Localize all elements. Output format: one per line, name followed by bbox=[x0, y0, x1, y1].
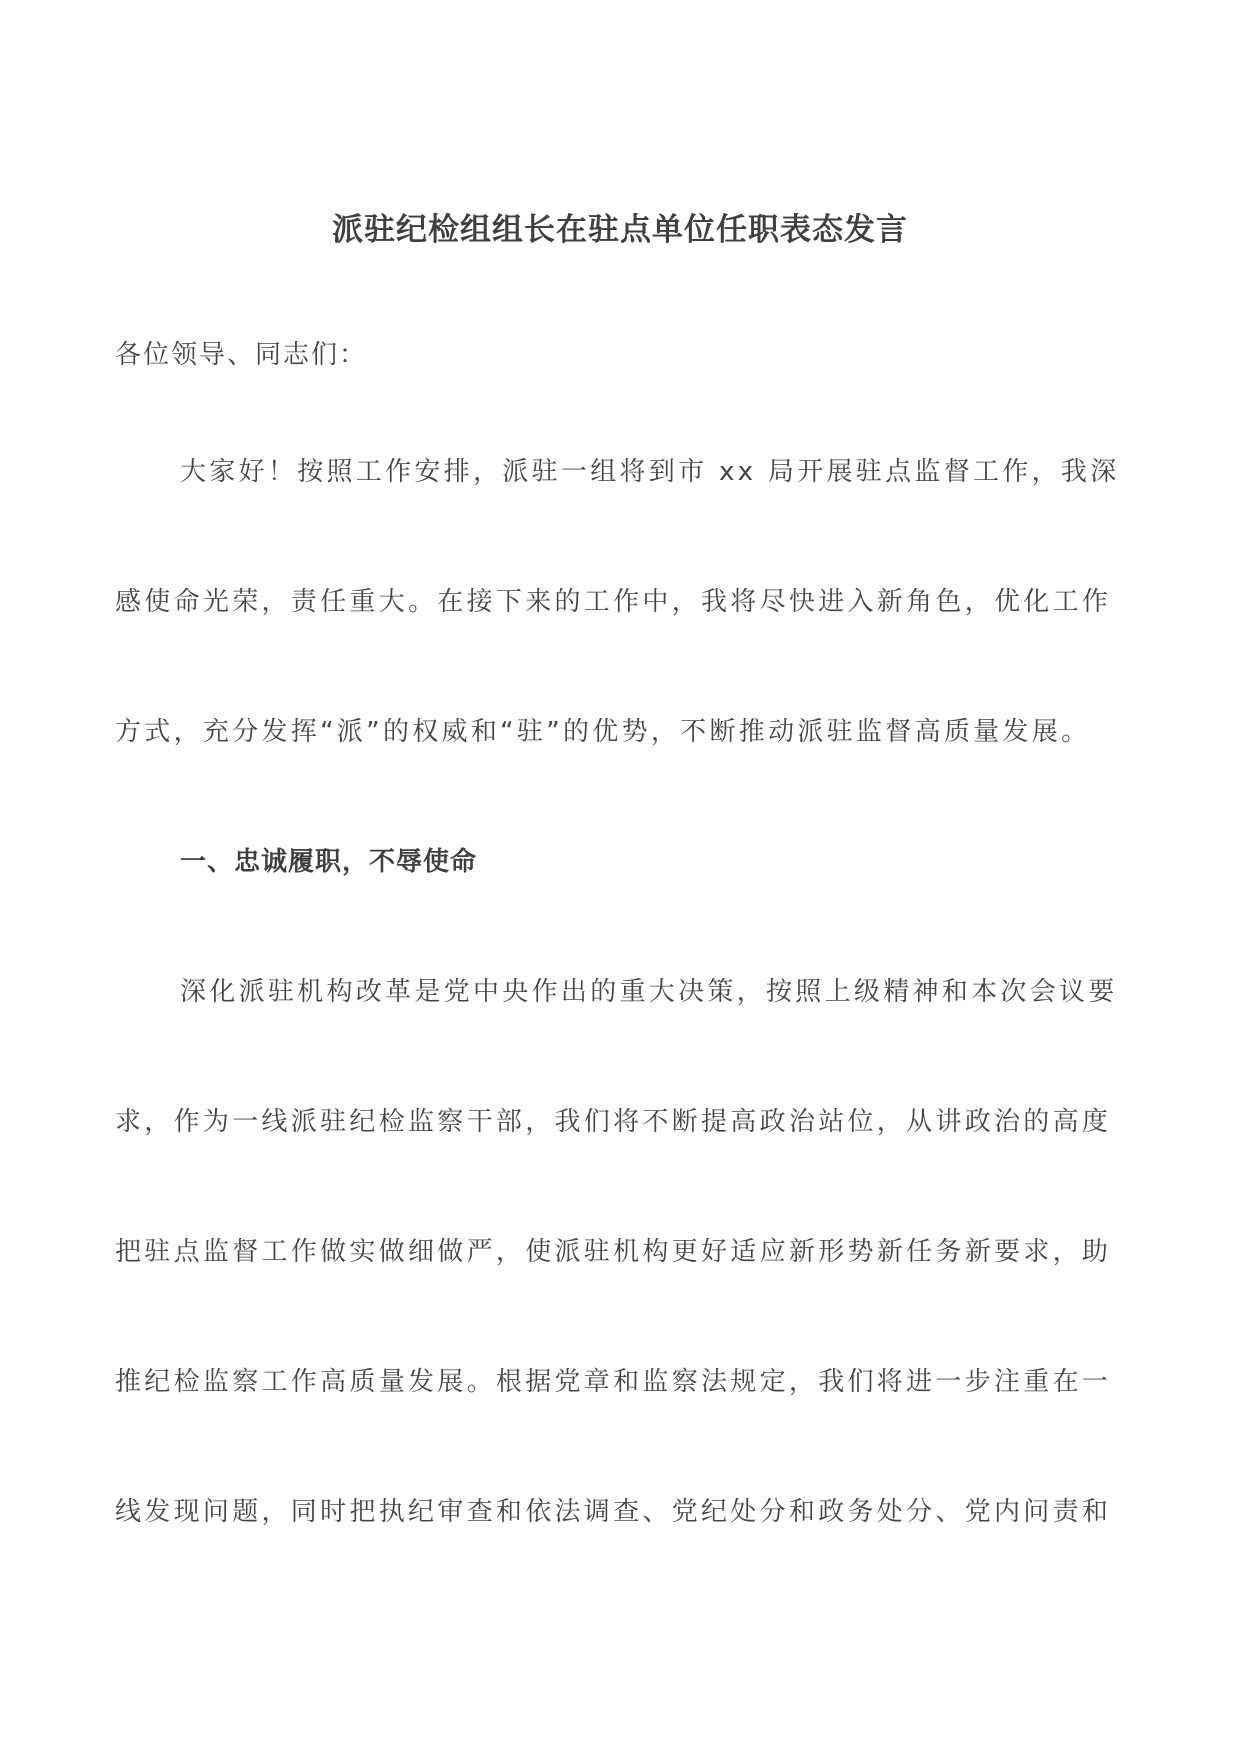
paragraph-1-line-1: 大家好！按照工作安排，派驻一组将到市 xx 局开展驻点监督工作，我深 bbox=[180, 452, 1130, 492]
paragraph-1-line-3: 方式，充分发挥“派”的权威和“驻”的优势，不断推动派驻监督高质量发展。 bbox=[115, 712, 1130, 752]
paragraph-2-line-1: 深化派驻机构改革是党中央作出的重大决策，按照上级精神和本次会议要 bbox=[180, 972, 1130, 1012]
paragraph-2-line-3: 把驻点监督工作做实做细做严，使派驻机构更好适应新形势新任务新要求，助 bbox=[115, 1232, 1130, 1272]
section-heading-1: 一、忠诚履职，不辱使命 bbox=[180, 842, 1130, 882]
paragraph-2-line-4: 推纪检监察工作高质量发展。根据党章和监察法规定，我们将进一步注重在一 bbox=[115, 1362, 1130, 1402]
paragraph-1-line-2: 感使命光荣，责任重大。在接下来的工作中，我将尽快进入新角色，优化工作 bbox=[115, 582, 1130, 622]
document-page: 派驻纪检组组长在驻点单位任职表态发言 各位领导、同志们： 大家好！按照工作安排，… bbox=[0, 0, 1240, 1754]
paragraph-2-line-5: 线发现问题，同时把执纪审查和依法调查、党纪处分和政务处分、党内问责和 bbox=[115, 1492, 1130, 1532]
paragraph-2-line-2: 求，作为一线派驻纪检监察干部，我们将不断提高政治站位，从讲政治的高度 bbox=[115, 1102, 1130, 1142]
document-title: 派驻纪检组组长在驻点单位任职表态发言 bbox=[0, 208, 1240, 252]
salutation: 各位领导、同志们： bbox=[115, 335, 1130, 375]
